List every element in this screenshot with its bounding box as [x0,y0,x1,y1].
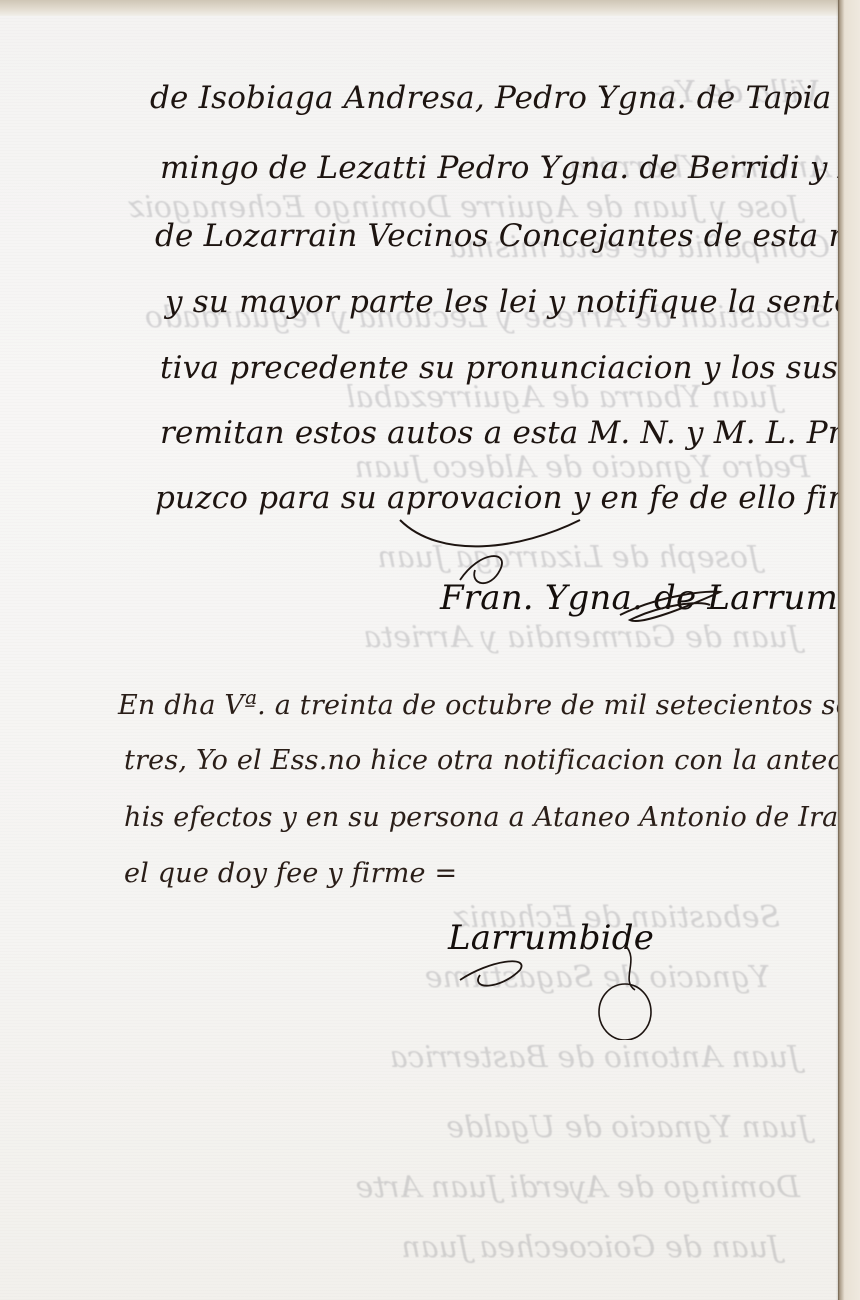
text-line: de Isobiaga Andresa, Pedro Ygna. de Tapi… [150,80,860,116]
text-line: remitan estos autos a esta M. N. y M. L.… [160,415,860,451]
text-line: puzco para su aprovacion y en fe de ello… [155,480,860,516]
page-top-edge [0,0,860,16]
paper-page [0,14,840,1300]
text-line: el que doy fee y firme = [124,858,457,889]
text-line: tres, Yo el Ess.no hice otra notificacio… [124,745,860,776]
signature-larrumbide: Larrumbide [448,918,654,958]
text-line: mingo de Lezatti Pedro Ygna. de Berridi … [160,150,860,186]
text-line: y su mayor parte les lei y notifique la … [165,284,860,320]
text-line: tiva precedente su pronunciacion y los s… [160,350,860,386]
manuscript-scan: Villa de Ys- Antonio Ybarreta Jose y Jua… [0,0,860,1300]
text-line: his efectos y en su persona a Ataneo Ant… [124,802,860,833]
text-line: En dha Vª. a treinta de octubre de mil s… [118,690,860,721]
signature-larrumbide-full: Fran. Ygna. de Larrumbide [440,578,860,618]
page-right-edge [838,0,860,1300]
text-line: de Lozarrain Vecinos Concejantes de esta… [155,218,860,254]
